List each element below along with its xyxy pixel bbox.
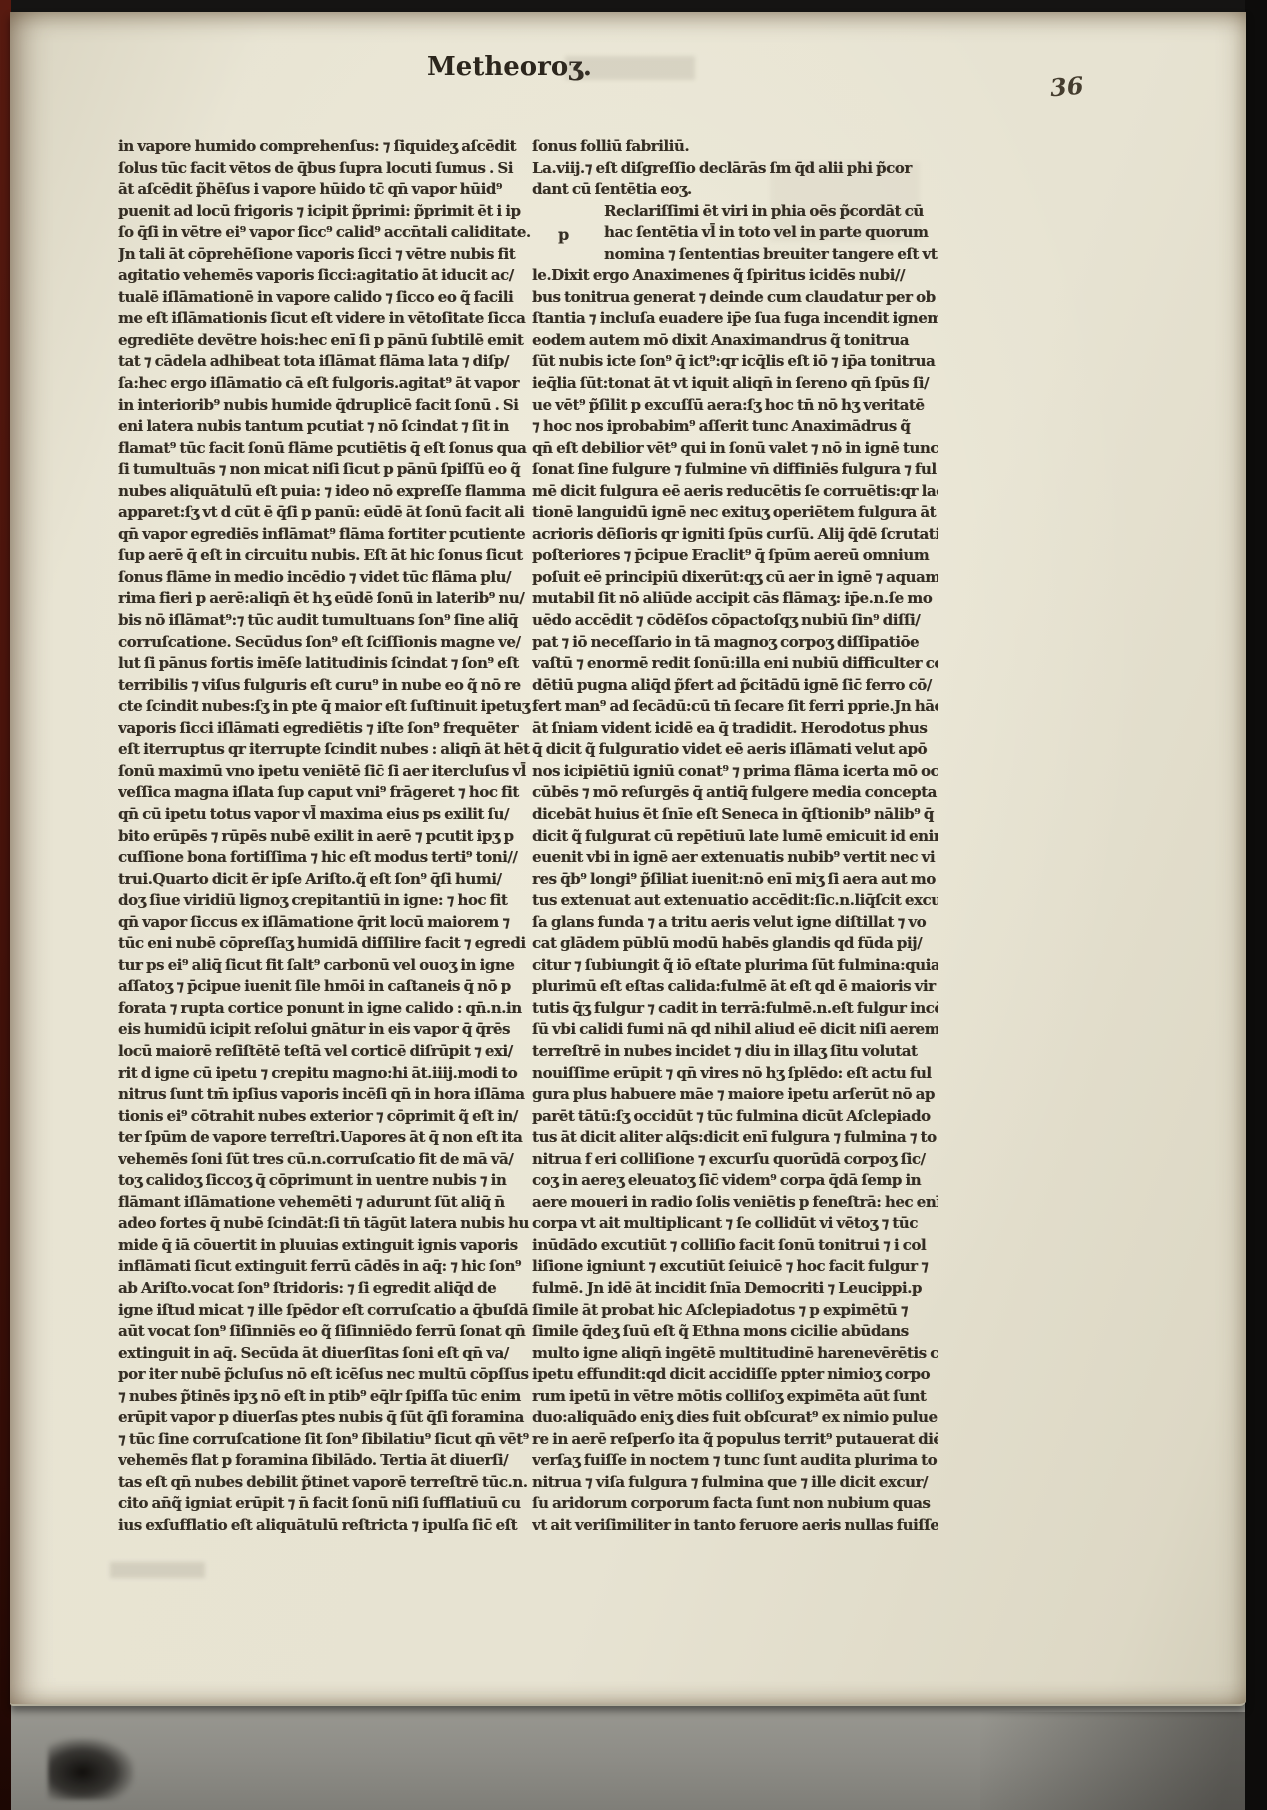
text-line: adeo fortes q̄ nubē ſcindāt:ſi tn̄ tāgūt… (118, 1213, 532, 1235)
text-line: tionis ei⁹ cōtrahit nubes exterior ⁊ cōp… (118, 1106, 532, 1128)
text-line: in vapore humido comprehenſus: ⁊ ſiquide… (118, 136, 532, 158)
initial-paragraph-block: p Reclariſſimi ēt viri in phia oēs p̃cor… (532, 201, 938, 266)
corner-ink-blot (48, 1738, 134, 1800)
text-line: terreſtrē in nubes incidet ⁊ diu in illa… (532, 1041, 938, 1063)
text-line: dicit q̃ fulgurat cū repētiuū late lumē … (532, 826, 938, 848)
text-line: vt ait veriſimiliter in tanto feruore ae… (532, 1515, 938, 1537)
text-line: pat ⁊ iō neceſſario in tā magnoʒ corpoʒ … (532, 632, 938, 654)
text-line: cte ſcindit nubes:ſʒ in pte q̄ maior eſt… (118, 696, 532, 718)
text-column-right: ſonus folliū fabriliū.La.viij.⁊ eſt diſg… (532, 136, 938, 1537)
text-line: duo:aliquādo eniʒ dies fuit obſcurat⁹ ex… (532, 1407, 938, 1429)
text-line: le.Dixit ergo Anaximenes q̃ ſpiritus ici… (532, 265, 938, 287)
text-line: ſonus flāme in medio incēdio ⁊ videt tūc… (118, 567, 532, 589)
text-line: aſſatoʒ ⁊ p̄cipue iuenit ſile hmōi in ca… (118, 976, 532, 998)
text-line: ſonus folliū fabriliū. (532, 136, 938, 158)
text-line: nouiſſime erūpit ⁊ qn̄ vires nō hʒ ſplēd… (532, 1063, 938, 1085)
text-line: inūdādo excutiūt ⁊ colliſio facit ſonū t… (532, 1235, 938, 1257)
text-line: gura plus habuere māe ⁊ maiore ipetu arſ… (532, 1084, 938, 1106)
text-line: cito an̄q̃ igniat erūpit ⁊ n̄ facit ſonū… (118, 1493, 532, 1515)
faint-stamp-mark (110, 1562, 205, 1578)
text-line: forata ⁊ rupta cortice ponunt in igne ca… (118, 998, 532, 1020)
text-line: rima fieri p aerē:aliqn̄ ēt hʒ eūdē ſonū… (118, 588, 532, 610)
text-line: nos icipiētiū igniū conat⁹ ⁊ prima flāma… (532, 761, 938, 783)
text-line: igne iſtud micat ⁊ ille ſpēdor eſt corru… (118, 1300, 532, 1322)
text-line: tus extenuat aut extenuatio accēdit:ſic.… (532, 890, 938, 912)
page-paper: Metheoroʒ. 36 in vapore humido comprehen… (10, 12, 1246, 1706)
text-line: ⁊ hoc nos iprobabim⁹ aſſerit tunc Anaxim… (532, 416, 938, 438)
text-column-left: in vapore humido comprehenſus: ⁊ ſiquide… (118, 136, 532, 1537)
text-line: ſimile āt probat hic Aſclepiadotus ⁊ p e… (532, 1300, 938, 1322)
text-line: egrediēte devētre hois:hec enī ſi p pānū… (118, 330, 532, 352)
text-line: tat ⁊ cādela adhibeat tota iſlāmat flāma… (118, 351, 532, 373)
text-line: aūt vocat ſon⁹ ſiſinniēs eo q̃ ſiſinniēd… (118, 1321, 532, 1343)
text-line: flamat⁹ tūc facit ſonū flāme pcutiētis q… (118, 438, 532, 460)
text-line: ſi tumultuās ⁊ non micat niſi ſicut p pā… (118, 459, 532, 481)
text-line: tutis q̄ʒ fulgur ⁊ cadit in terrā:fulmē.… (532, 998, 938, 1020)
text-line: ⁊ nubes p̃tinēs ipʒ nō eſt in ptib⁹ eq̄l… (118, 1386, 532, 1408)
text-line: mutabil ſit nō aliūde accipit cās flāmaʒ… (532, 588, 938, 610)
text-line: eis humidū icipit reſolui gnātur in eis … (118, 1019, 532, 1041)
text-line: ſa:hec ergo iſlāmatio cā eſt fulgoris.ag… (118, 373, 532, 395)
text-line: flāmant iſlāmatione vehemēti ⁊ adurunt ſ… (118, 1192, 532, 1214)
text-line: eni latera nubis tantum pcutiat ⁊ nō ſci… (118, 416, 532, 438)
text-line: tualē iſlāmationē in vapore calido ⁊ ſic… (118, 287, 532, 309)
text-line: dicebāt huius ēt ſnīe eſt Seneca in q̄ſt… (532, 804, 938, 826)
text-line: cūbēs ⁊ mō reſurgēs q̄ antiq̄ fulgere me… (532, 782, 938, 804)
text-line: ſū vbi calidi fumi nā qd nihil aliud eē … (532, 1019, 938, 1041)
text-line: bus tonitrua generat ⁊ deinde cum clauda… (532, 287, 938, 309)
text-line: me eſt iſlāmationis ſicut eſt videre in … (118, 308, 532, 330)
text-line: dant cū ſentētia eoʒ. (532, 179, 938, 201)
text-line: vaſtū ⁊ enormē redit ſonū:illa eni nubiū… (532, 653, 938, 675)
text-line: citur ⁊ ſubiungit q̃ iō eſtate plurima ſ… (532, 955, 938, 977)
text-line: poſuit eē principiū dixerūt:qʒ cū aer in… (532, 567, 938, 589)
text-line: q̄ dicit q̃ fulguratio videt eē aeris iſ… (532, 739, 938, 761)
text-line: nitrua ⁊ viſa fulgura ⁊ fulmina que ⁊ il… (532, 1472, 938, 1494)
text-line: ue vēt⁹ p̃ſilit p excuſſū aera:ſʒ hoc tn… (532, 395, 938, 417)
initial-guide-letter: p (558, 225, 569, 244)
text-line: ⁊ tūc ſine corruſcatione ſit ſon⁹ ſibila… (118, 1429, 532, 1451)
text-line: nitrus ſunt tm̄ ipſius vaporis incēſi qn… (118, 1084, 532, 1106)
text-line: bis nō iſlāmat⁹:⁊ tūc audit tumultuans ſ… (118, 610, 532, 632)
text-line: ipetu effundit:qd dicit accidiſſe ppter … (532, 1364, 938, 1386)
text-line: plurimū eſt eſtas calida:fulmē āt eſt qd… (532, 976, 938, 998)
text-line: mē dicit fulgura eē aeris reducētis ſe c… (532, 481, 938, 503)
text-line: rit d igne cū ipetu ⁊ crepitu magno:hi ā… (118, 1063, 532, 1085)
text-line: toʒ calidoʒ ſiccoʒ q̄ cōprimunt in uentr… (118, 1170, 532, 1192)
chapter-intro-lines: ſonus folliū fabriliū.La.viij.⁊ eſt diſg… (532, 136, 938, 201)
text-line: agitatio vehemēs vaporis ſicci:agitatio … (118, 265, 532, 287)
text-line: res q̄b⁹ longi⁹ p̃ſiliat iuenit:nō enī m… (532, 869, 938, 891)
text-line: fert man⁹ ad ſecādū:cū tn̄ ſecare ſit fe… (532, 696, 938, 718)
text-line: ſup aerē q̄ eſt in circuitu nubis. Eſt ā… (118, 545, 532, 567)
text-line: ſonū maximū vno ipetu veniētē ſic̄ ſi ae… (118, 761, 532, 783)
text-line: veſſica magna iſlata ſup caput vni⁹ frāg… (118, 782, 532, 804)
text-line: tionē languidū ignē nec exituʒ operiētem… (532, 502, 938, 524)
text-line: eodem autem mō dixit Anaximandrus q̃ ton… (532, 330, 938, 352)
text-line: ſūt nubis icte ſon⁹ q̄ ict⁹:qr icq̄lis e… (532, 351, 938, 373)
text-line: bito erūpēs ⁊ rūpēs nubē exilit in aerē … (118, 826, 532, 848)
paragraph-body-lines: le.Dixit ergo Anaximenes q̃ ſpiritus ici… (532, 265, 938, 1536)
text-line: qn̄ vapor egrediēs inflāmat⁹ flāma forti… (118, 524, 532, 546)
text-line: acrioris dēſioris qr igniti ſpūs curſū. … (532, 524, 938, 546)
text-line: re in aerē reſperſo ita q̃ populus terri… (532, 1429, 938, 1451)
text-line: ab Ariſto.vocat ſon⁹ ſtridoris: ⁊ ſi egr… (118, 1278, 532, 1300)
text-line: puenit ad locū frigoris ⁊ icipit p̃primi… (118, 201, 532, 223)
text-line: in interiorib⁹ nubis humide q̄druplicē f… (118, 395, 532, 417)
text-line: extinguit in aq̄. Secūda āt diuerſitas ſ… (118, 1343, 532, 1365)
text-line: ieq̄lia ſūt:tonat āt vt iquit aliqn̄ in … (532, 373, 938, 395)
page-right-dark-edge (1245, 0, 1267, 1810)
text-line: qn̄ eſt debilior vēt⁹ qui in ſonū valet … (532, 438, 938, 460)
text-line: vaporis ſicci iſlāmati egrediētis ⁊ iſte… (118, 718, 532, 740)
text-line: ſolus tūc facit vētos de q̄bus ſupra loc… (118, 158, 532, 180)
text-line: nubes aliquātulū eſt puia: ⁊ ideo nō exp… (118, 481, 532, 503)
text-line: uēdo accēdit ⁊ cōdēſos cōpactoſqʒ nubiū … (532, 610, 938, 632)
text-line: apparet:ſʒ vt d cūt ē q̄ſi p panū: eūdē … (118, 502, 532, 524)
ink-showthrough-smudge (565, 56, 695, 80)
text-line: mide q̄ iā cōuertit in pluuias extinguit… (118, 1235, 532, 1257)
text-line: tas eſt qn̄ nubes debilit p̃tinet vaporē… (118, 1472, 532, 1494)
scanned-incunabulum-page: { "page": { "header_title": "Metheoroʒ."… (0, 0, 1267, 1810)
text-line: doʒ ſiue viridiū lignoʒ crepitantiū in i… (118, 890, 532, 912)
text-line: tus āt dicit aliter alq̄s:dicit enī fulg… (532, 1127, 938, 1149)
text-line: verſaʒ fuiſſe in noctem ⁊ tunc ſunt audi… (532, 1450, 938, 1472)
text-line: hac ſentētia vl̄ in toto vel in parte qu… (532, 222, 938, 244)
text-line: erūpit vapor p diuerſas ptes nubis q̄ ſū… (118, 1407, 532, 1429)
text-line: parēt tātū:ſʒ occidūt ⁊ tūc fulmina dicū… (532, 1106, 938, 1128)
text-line: ſa glans funda ⁊ a tritu aeris velut ign… (532, 912, 938, 934)
text-line: ſtantia ⁊ incluſa euadere ip̄e ſua fuga … (532, 308, 938, 330)
text-line: ter ſpūm de vapore terreſtri.Uapores āt … (118, 1127, 532, 1149)
text-line: ſu aridorum corporum facta ſunt non nubi… (532, 1493, 938, 1515)
scanner-shadow (980, 1712, 1267, 1810)
text-line: tūc eni nubē cōpreſſaʒ humidā diſſilire … (118, 933, 532, 955)
text-line: euenit vbi in ignē aer extenuatis nubib⁹… (532, 847, 938, 869)
text-line: La.viij.⁊ eſt diſgreſſio declārās ſm q̄d… (532, 158, 938, 180)
text-line: corpa vt ait multiplicant ⁊ ſe collidūt … (532, 1213, 938, 1235)
text-line: coʒ in aereʒ eleuatoʒ ſic̄ videm⁹ corpa … (532, 1170, 938, 1192)
text-line: poſteriores ⁊ p̄cipue Eraclit⁹ q̄ ſpūm a… (532, 545, 938, 567)
text-line: āt ſniam vident icidē ea q̄ tradidit. He… (532, 718, 938, 740)
text-line: corruſcatione. Secūdus ſon⁹ eſt ſciſſion… (118, 632, 532, 654)
text-line: liſione igniunt ⁊ excutiūt ſeiuicē ⁊ hoc… (532, 1256, 938, 1278)
text-line: nitrua f eri colliſione ⁊ excurſu quorūd… (532, 1149, 938, 1171)
text-line: eſt iterruptus qr iterrupte ſcindit nube… (118, 739, 532, 761)
text-line: tur ps ei⁹ aliq̄ ſicut fit ſalt⁹ carbonū… (118, 955, 532, 977)
text-line: fulmē. Jn idē āt incidit ſnīa Democriti … (532, 1278, 938, 1300)
text-line: qn̄ cū ipetu totus vapor vl̄ maxima eius… (118, 804, 532, 826)
initial-indent-lines: Reclariſſimi ēt viri in phia oēs p̃cordā… (532, 201, 938, 266)
text-line: ſonat ſine fulgure ⁊ fulmine vn̄ diffini… (532, 459, 938, 481)
text-line: Jn tali āt cōprehēſione vaporis ſicci ⁊ … (118, 244, 532, 266)
text-line: dētiū pugna aliq̄d p̃fert ad p̃citādū ig… (532, 675, 938, 697)
text-line: rum ipetū in vētre mōtis colliſoʒ expimē… (532, 1386, 938, 1408)
text-line: cuſſione bona fortiſſima ⁊ hic eſt modus… (118, 847, 532, 869)
text-line: cat glādem pūblū modū habēs glandis qd f… (532, 933, 938, 955)
text-line: lut ſi pānus fortis imēſe latitudinis ſc… (118, 653, 532, 675)
folio-number: 36 (1049, 71, 1085, 103)
text-line: por iter nubē p̃cluſus nō eſt icēſus nec… (118, 1364, 532, 1386)
text-line: vehemēs ſoni ſūt tres cū.n.corruſcatio f… (118, 1149, 532, 1171)
text-line: locū maiorē reſiſtētē teſtā vel corticē … (118, 1041, 532, 1063)
text-line: qn̄ vapor ſiccus ex iſlāmatione q̄rit lo… (118, 912, 532, 934)
text-line: trui.Quarto dicit ēr ipſe Ariſto.q̃ eſt … (118, 869, 532, 891)
text-line: terribilis ⁊ viſus fulguris eſt curu⁹ in… (118, 675, 532, 697)
text-line: āt aſcēdit p̃hēſus i vapore hūido tc̄ qn… (118, 179, 532, 201)
text-line: aere moueri in radio ſolis veniētis p fe… (532, 1192, 938, 1214)
text-line: vehemēs flat p foramina ſibilādo. Tertia… (118, 1450, 532, 1472)
text-line: ius exſufflatio eſt aliquātulū reſtricta… (118, 1515, 532, 1537)
text-line: multo igne aliqn̄ ingētē multitudinē har… (532, 1343, 938, 1365)
text-line: inflāmati ſicut extinguit ferrū cādēs in… (118, 1256, 532, 1278)
text-line: ſimile q̄deʒ ſuū eſt q̃ Ethna mons cicil… (532, 1321, 938, 1343)
text-line: ſo q̄ſi in vētre ei⁹ vapor ſicc⁹ calid⁹ … (118, 222, 532, 244)
text-line: Reclariſſimi ēt viri in phia oēs p̃cordā… (532, 201, 938, 223)
text-line: nomina ⁊ ſententias breuiter tangere eſt… (532, 244, 938, 266)
